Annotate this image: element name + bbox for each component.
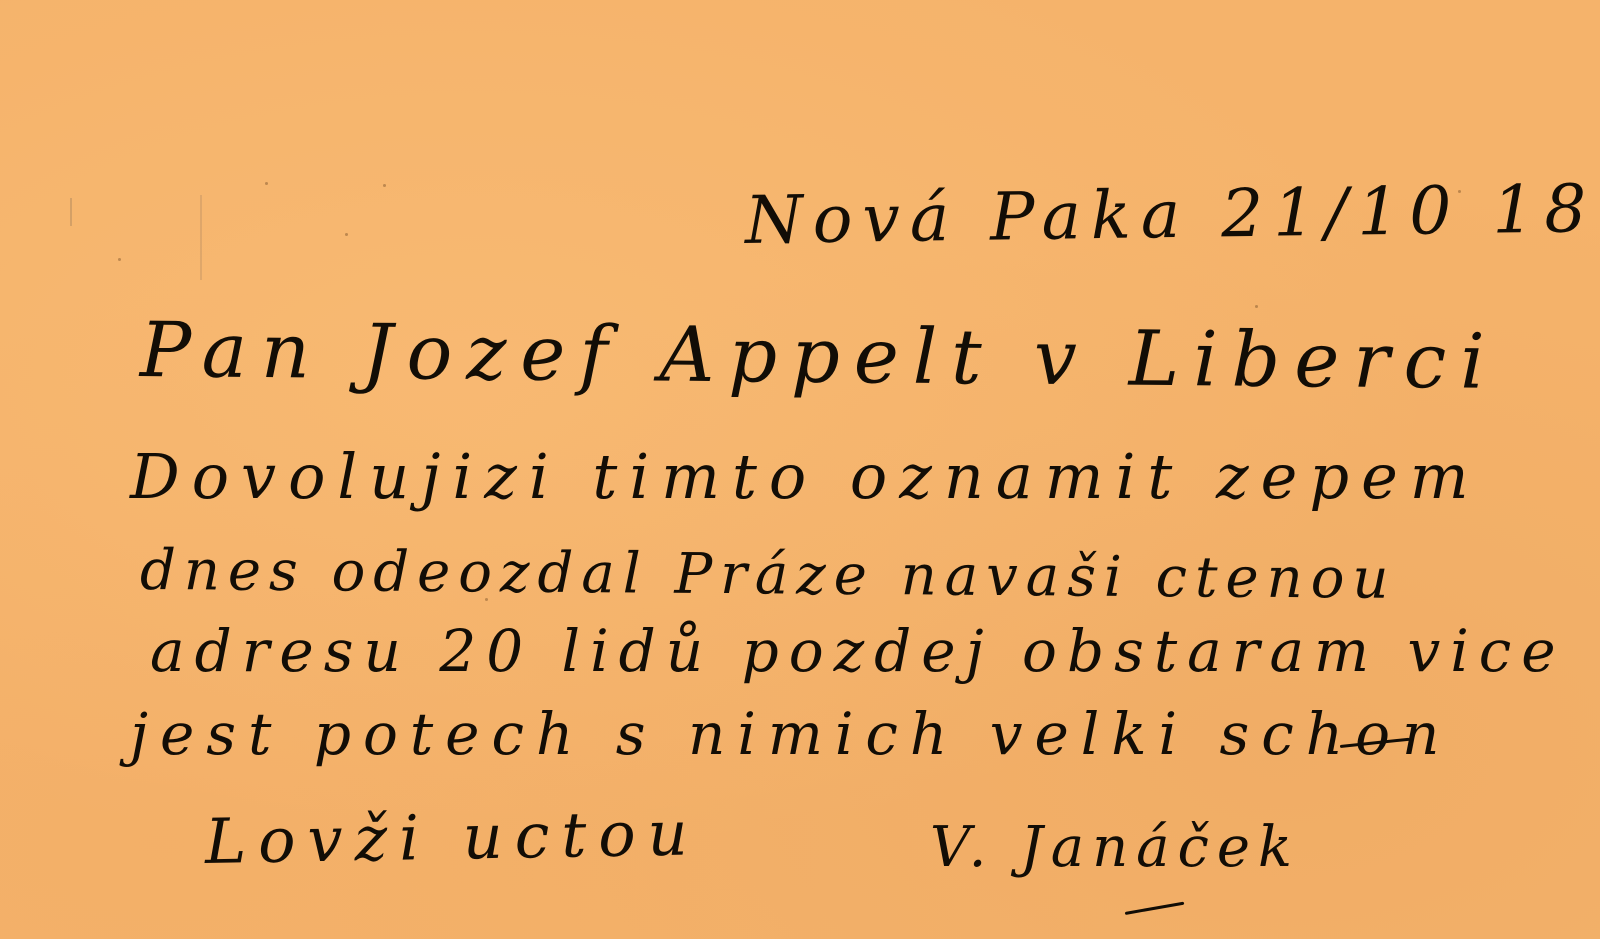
paper-speck xyxy=(1255,305,1258,308)
faint-stamp-mark xyxy=(200,195,202,280)
body-line-3: adresu 20 lidů pozdej obstaram vice xyxy=(150,617,1566,685)
paper-speck xyxy=(265,182,268,185)
body-line-1: Dovolujizi timto oznamit zepem xyxy=(130,440,1481,513)
signature: V. Janáček xyxy=(930,815,1300,880)
paper-speck xyxy=(383,184,386,187)
closing: Lovži uctou xyxy=(204,796,700,878)
signature-flourish xyxy=(1125,902,1185,915)
body-line-4: jest potech s nimich velki schon xyxy=(130,700,1451,768)
paper-speck xyxy=(345,233,348,236)
place-date: Nová Paka 21/10 1879 xyxy=(744,169,1600,259)
salutation: Pan Jozef Appelt v Liberci xyxy=(140,305,1499,406)
postcard: Nová Paka 21/10 1879 Pan Jozef Appelt v … xyxy=(0,0,1600,939)
body-line-2: dnes odeozdal Práze navaši ctenou xyxy=(140,538,1397,612)
faint-stamp-mark xyxy=(70,198,72,226)
paper-speck xyxy=(118,258,121,261)
